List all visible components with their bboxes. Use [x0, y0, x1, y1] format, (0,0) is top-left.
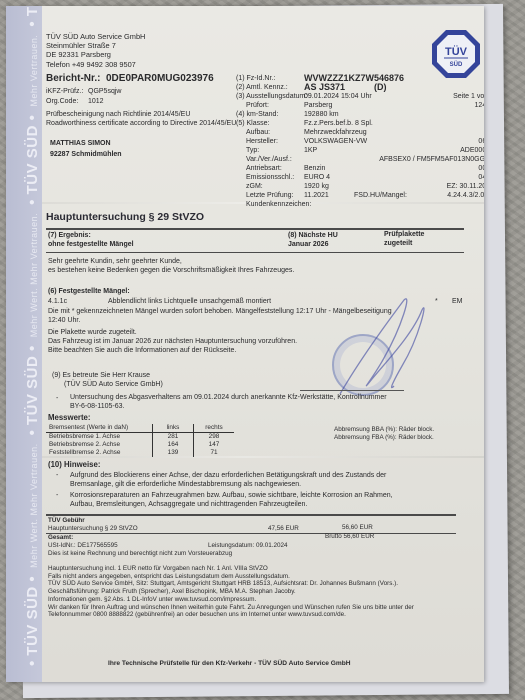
ikfz-label: iKFZ-Prüfz.:: [46, 88, 83, 97]
company-street: Steinmühler Straße 7: [46, 41, 145, 50]
greeting-line-1: Sehr geehrte Kundin, sehr geehrter Kunde…: [48, 258, 182, 267]
bba-note: Abbremsung BBA (%): Räder block.: [334, 426, 434, 434]
defect-category: EM: [452, 298, 463, 307]
vehicle-field-value: 1920 kg: [304, 183, 329, 192]
vehicle-field-label: (5) Klasse:: [236, 120, 269, 129]
vehicle-field-value: AS JS371: [304, 83, 345, 92]
vehicle-field-value: Parsberg: [304, 102, 332, 111]
company-phone: Telefon +49 9492 308 9507: [46, 60, 145, 69]
note-2-line-2: Aufbau, Bremsleitungen, Achsaggregate un…: [70, 501, 307, 510]
vehicle-field-value: 11.2021: [304, 192, 329, 201]
vehicle-field-row: Var./Ver./Ausf.:AFBSEX0 / FM5FM5AF013N0G…: [236, 156, 484, 165]
emission-line-1: Untersuchung des Abgasverhaltens am 09.0…: [70, 394, 387, 403]
vehicle-field-row: Emissionsschl.:EURO 40462: [236, 174, 484, 183]
directive-en: Roadworthiness certificate according to …: [46, 120, 236, 129]
brand-stripe-text: • TÜV SÜD •Mehr Wert. Mehr Vertrauen.• T…: [24, 6, 41, 666]
legal-footer-line: Telefonnummer 0800 8888822 (gebührenfrei…: [48, 611, 414, 619]
company-address: TÜV SÜD Auto Service GmbH Steinmühler St…: [46, 32, 145, 69]
vehicle-field-row: (1) Fz-Id.Nr.:WVWZZZ1KZ7W546876: [236, 75, 484, 84]
vehicle-field-row: Hersteller:VOLKSWAGEN-VW0603: [236, 138, 484, 147]
vehicle-field-sublabel: FSD.HU/Mangel:: [354, 192, 407, 201]
signature-line: [300, 390, 404, 391]
brake-left-value: 281: [153, 433, 194, 442]
inspector-line-2: (TÜV SÜD Auto Service GmbH): [64, 381, 163, 390]
sticker-note: Die Plakette wurde zugeteilt.: [48, 329, 137, 338]
vehicle-field-label: Antriebsart:: [246, 165, 282, 174]
vehicle-field-value: 09.01.2024 15:04 Uhr: [304, 93, 372, 102]
defect-note-2: 12:40 Uhr.: [48, 317, 80, 326]
vehicle-field-label: (3) Ausstellungsdatum:: [236, 93, 307, 102]
fba-note: Abbremsung FBA (%): Räder block.: [334, 434, 434, 442]
vehicle-field-value: Mehrzweckfahrzeug: [304, 129, 367, 138]
vehicle-field-code: 12404: [475, 102, 484, 111]
total-value: Brutto 56,60 EUR: [325, 533, 374, 541]
ikfz-value: QGP5sqjw: [88, 88, 121, 97]
vehicle-field-label: Letzte Prüfung:: [246, 192, 293, 201]
vehicle-field-label: (4) km-Stand:: [236, 111, 278, 120]
vehicle-field-value: Benzin: [304, 165, 325, 174]
customer-city: 92287 Schmidmühlen: [50, 151, 122, 160]
next-inspection-label: (8) Nächste HU: [288, 232, 338, 241]
inspector-line-1: (9) Es betreute Sie Herr Krause: [52, 372, 150, 381]
sticker-label: Prüfplakette: [384, 231, 424, 240]
vehicle-field-row: (4) km-Stand:192880 km: [236, 111, 484, 120]
inspection-title: Hauptuntersuchung § 29 StVZO: [46, 213, 204, 222]
fee-item-label: Hauptuntersuchung § 29 StVZO: [48, 525, 138, 533]
vehicle-field-row: Kundenkennzeichen:: [236, 201, 484, 210]
vehicle-field-label: (2) Amtl. Kennz.:: [236, 84, 288, 93]
legal-footer-line: Geschäftsführung: Patrick Fruth (Spreche…: [48, 588, 414, 596]
brake-left-value: 164: [153, 441, 194, 449]
fee-item-gross: 56,60 EUR: [342, 524, 373, 532]
vehicle-field-label: zGM:: [246, 183, 263, 192]
report-number-label: Bericht-Nr.:: [46, 75, 100, 84]
vehicle-field-code: 0462: [478, 174, 484, 183]
measurements-title: Messwerte:: [48, 414, 90, 423]
divider: [46, 252, 464, 253]
country-code: (D): [374, 83, 387, 92]
brake-row-label: Betriebsbremse 2. Achse: [46, 441, 153, 449]
fee-item-net: 47,56 EUR: [268, 525, 299, 533]
vehicle-field-label: Var./Ver./Ausf.:: [246, 156, 292, 165]
vehicle-field-label: Emissionsschl.:: [246, 174, 294, 183]
vehicle-field-code: 4.24.4.3/2.0.18: [447, 192, 484, 201]
notes-title: (10) Hinweise:: [48, 461, 100, 470]
vehicle-field-code: Seite 1 von 1: [453, 93, 484, 102]
svg-text:TÜV: TÜV: [445, 45, 468, 58]
vehicle-field-code: EZ: 30.11.2006: [447, 183, 484, 192]
brake-right-value: 298: [194, 433, 235, 442]
emission-line-2: BY-6-08-1105-63.: [70, 403, 124, 412]
vehicle-field-row: Letzte Prüfung:11.2021FSD.HU/Mangel:4.24…: [236, 192, 484, 201]
vehicle-field-label: Typ:: [246, 147, 259, 156]
vehicle-field-label: Kundenkennzeichen:: [246, 201, 311, 210]
brake-header-left: links: [153, 424, 194, 433]
vehicle-field-value: VOLKSWAGEN-VW: [304, 138, 367, 147]
org-code-value: 1012: [88, 98, 104, 107]
back-side-note: Bitte beachten Sie auch die Informatione…: [48, 347, 236, 356]
vehicle-field-value: Fz.z.Pers.bef.b. 8 Spl.: [304, 120, 373, 129]
vehicle-field-row: Aufbau:MehrzweckfahrzeugAF: [236, 129, 484, 138]
vehicle-field-row: Prüfort:Parsberg12404: [236, 102, 484, 111]
brake-row-label: Feststellbremse 2. Achse: [46, 449, 153, 457]
vehicle-field-label: Aufbau:: [246, 129, 270, 138]
invoice-disclaimer: Dies ist keine Rechnung und berechtigt n…: [48, 550, 232, 558]
note-2-line-1: Korrosionsreparaturen an Fahrzeugrahmen …: [70, 492, 393, 501]
brake-header-test: Bremsentest (Werte in daN): [46, 424, 153, 433]
brake-test-table: Bremsentest (Werte in daN) links rechts …: [46, 424, 234, 457]
defect-code: 4.1.1c: [48, 298, 67, 307]
result-value: ohne festgestellte Mängel: [48, 241, 134, 250]
vehicle-field-code: 0001: [478, 165, 484, 174]
table-row: Feststellbremse 2. Achse 139 71: [46, 449, 234, 457]
vehicle-field-row: (2) Amtl. Kennz.:AS JS371(D): [236, 84, 484, 93]
brake-right-value: 71: [194, 449, 235, 457]
legal-footer-line: Hauptuntersuchung incl. 1 EUR netto für …: [48, 565, 414, 573]
vehicle-field-code: AFBSEX0 / FM5FM5AF013N0GGN1: [379, 156, 484, 165]
inspector-signature: [332, 296, 442, 396]
note-1-line-1: Aufgrund des Blockierens einer Achse, de…: [70, 472, 386, 481]
vehicle-field-row: zGM:1920 kgEZ: 30.11.2006: [236, 183, 484, 192]
vehicle-field-value: 192880 km: [304, 111, 339, 120]
vehicle-field-code: 0603: [478, 138, 484, 147]
sticker-value: zugeteilt: [384, 240, 412, 249]
divider: [46, 533, 456, 534]
svg-text:SÜD: SÜD: [450, 61, 463, 68]
defect-text: Abblendlicht links Lichtquelle unsachgem…: [108, 298, 271, 307]
company-name: TÜV SÜD Auto Service GmbH: [46, 32, 145, 41]
vehicle-field-row: (5) Klasse:Fz.z.Pers.bef.b. 8 Spl.M1: [236, 120, 484, 129]
bullet: -: [56, 492, 58, 501]
inspection-report-page: • TÜV SÜD •Mehr Wert. Mehr Vertrauen.• T…: [6, 6, 484, 682]
divider: [46, 514, 456, 516]
vehicle-field-value: 1KP: [304, 147, 317, 156]
footer-tagline: Ihre Technische Prüfstelle für den Kfz-V…: [108, 660, 351, 669]
legal-footer-line: TÜV SÜD Auto Service GmbH, Sitz: Stuttga…: [48, 580, 414, 588]
legal-footer-line: Wir danken für Ihren Auftrag und wünsche…: [48, 604, 414, 612]
total-label: Gesamt:: [48, 534, 73, 542]
vehicle-field-row: Antriebsart:Benzin0001: [236, 165, 484, 174]
table-row: Betriebsbremse 2. Achse 164 147: [46, 441, 234, 449]
vehicle-data-panel: (1) Fz-Id.Nr.:WVWZZZ1KZ7W546876(2) Amtl.…: [236, 75, 484, 211]
brand-stripe: • TÜV SÜD •Mehr Wert. Mehr Vertrauen.• T…: [6, 6, 42, 682]
table-row: Betriebsbremse 1. Achse 281 298: [46, 433, 234, 442]
vehicle-field-label: (1) Fz-Id.Nr.:: [236, 75, 275, 84]
vehicle-field-value: EURO 4: [304, 174, 330, 183]
fees-title: TÜV Gebühr: [48, 517, 85, 525]
org-code-label: Org.Code:: [46, 98, 78, 107]
note-1-line-2: Bremsanlage, gilt die erforderliche Mind…: [70, 481, 301, 490]
directive-de: Prüfbescheinigung nach Richtlinie 2014/4…: [46, 111, 190, 120]
result-label: (7) Ergebnis:: [48, 232, 91, 241]
brake-header-right: rechts: [194, 424, 235, 433]
greeting-line-2: es bestehen keine Bedenken gegen die Vor…: [48, 267, 294, 276]
next-inspection-note: Das Fahrzeug ist im Januar 2026 zur näch…: [48, 338, 297, 347]
company-city: DE 92331 Parsberg: [46, 50, 145, 59]
service-date: Leistungsdatum: 09.01.2024: [208, 542, 287, 550]
vat-id: USt-IdNr.: DE177565595: [48, 542, 118, 550]
customer-name: MATTHIAS SIMON: [50, 140, 111, 149]
vehicle-field-row: Typ:1KPADE00027: [236, 147, 484, 156]
tuv-sud-logo-icon: TÜV SÜD: [430, 28, 482, 80]
vehicle-field-label: Prüfort:: [246, 102, 269, 111]
vehicle-field-row: (3) Ausstellungsdatum:09.01.2024 15:04 U…: [236, 93, 484, 102]
brake-left-value: 139: [153, 449, 194, 457]
bullet: -: [56, 395, 58, 404]
legal-footer-line: Informationen gem. §2 Abs. 1 DL-InfoV un…: [48, 596, 414, 604]
brake-right-value: 147: [194, 441, 235, 449]
brake-row-label: Betriebsbremse 1. Achse: [46, 433, 153, 442]
report-number: 0DE0PAR0MUG023976: [106, 75, 214, 84]
legal-footer: Hauptuntersuchung incl. 1 EUR netto für …: [48, 565, 414, 619]
divider: [46, 228, 464, 230]
defects-title: (6) Festgestellte Mängel:: [48, 288, 130, 297]
vehicle-field-code: ADE00027: [460, 147, 484, 156]
vehicle-field-label: Hersteller:: [246, 138, 278, 147]
bullet: -: [56, 472, 58, 481]
next-inspection-value: Januar 2026: [288, 241, 328, 250]
